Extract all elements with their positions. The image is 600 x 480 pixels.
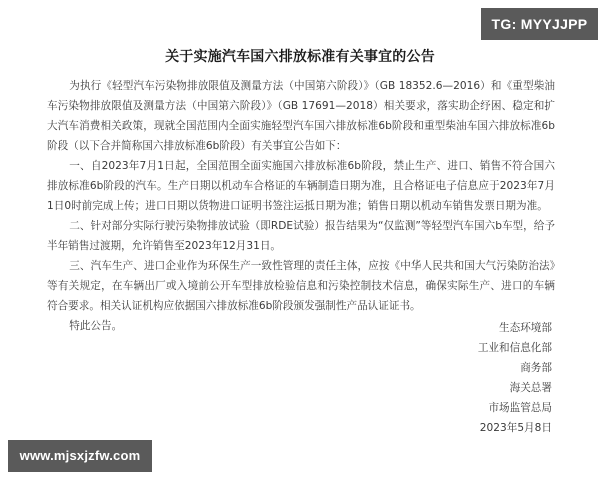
document-title: 关于实施汽车国六排放标准有关事宜的公告 [0, 46, 600, 66]
document-body: 为执行《轻型汽车污染物排放限值及测量方法（中国第六阶段）》（GB 18352.6… [47, 76, 555, 336]
watermark-badge-top: TG: MYYJJPP [481, 8, 598, 40]
signatory: 工业和信息化部 [478, 338, 552, 358]
signatory: 市场监管总局 [478, 398, 552, 418]
watermark-badge-bottom: www.mjsxjzfw.com [8, 440, 152, 472]
paragraph-intro: 为执行《轻型汽车污染物排放限值及测量方法（中国第六阶段）》（GB 18352.6… [47, 76, 555, 156]
paragraph-item-3: 三、汽车生产、进口企业作为环保生产一致性管理的责任主体，应按《中华人民共和国大气… [47, 256, 555, 316]
paragraph-item-1: 一、自2023年7月1日起，全国范围全面实施国六排放标准6b阶段，禁止生产、进口… [47, 156, 555, 216]
paragraph-item-2: 二、针对部分实际行驶污染物排放试验（即RDE试验）报告结果为“仅监测”等轻型汽车… [47, 216, 555, 256]
signatory: 商务部 [478, 358, 552, 378]
signature-block: 生态环境部 工业和信息化部 商务部 海关总署 市场监管总局 2023年5月8日 [478, 318, 552, 438]
signatory: 海关总署 [478, 378, 552, 398]
signatory: 生态环境部 [478, 318, 552, 338]
document-date: 2023年5月8日 [478, 418, 552, 438]
